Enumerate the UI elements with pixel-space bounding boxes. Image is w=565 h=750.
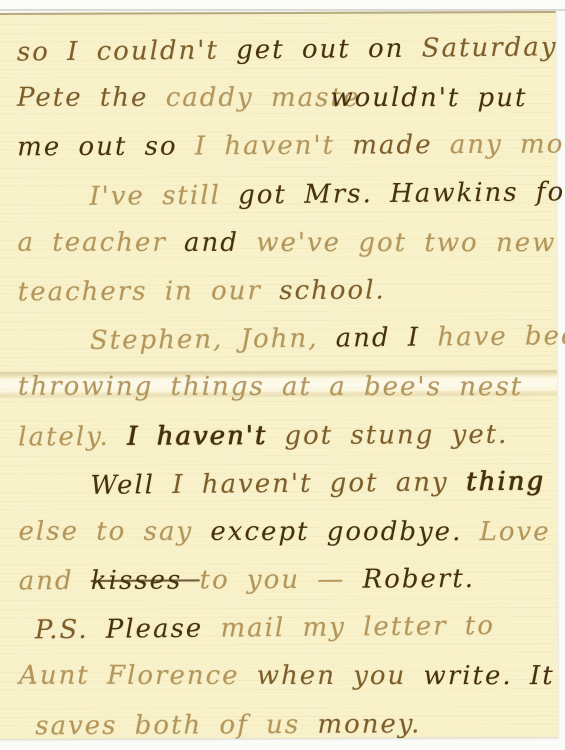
letter-text-segment: I haven't got any [172, 467, 466, 500]
scanned-letter-page: so I couldn't get out on SaturdayPete th… [0, 0, 565, 750]
letter-line: Stephen, John, and I have been [18, 313, 555, 366]
letter-text-segment: teachers in our [18, 276, 280, 307]
letter-text-segment: I've still [89, 180, 238, 211]
letter-text-segment: got Mrs. Hawkins for [238, 177, 565, 210]
letter-text-segment: I haven't [195, 131, 353, 162]
letter-text-segment: Well [90, 470, 172, 501]
letter-text-segment: throwing things at a bee's nest [18, 372, 523, 402]
letter-line: P.S. Please mail my letter to [19, 602, 556, 655]
letter-text-segment: Please [106, 614, 221, 645]
letter-text-segment: wouldn't put [330, 83, 527, 113]
letter-text-segment: I haven't [127, 420, 285, 451]
letter-text-segment: so I couldn't [17, 35, 237, 67]
letter-line: saves both of us money. [19, 699, 556, 750]
letter-line: and kisses to you — Robert. [19, 555, 556, 606]
letter-text-segment: kisses [91, 565, 200, 596]
letter-text-segment: Robert. [363, 564, 476, 595]
letter-line: so I couldn't get out on Saturday [17, 23, 554, 76]
letter-text-segment: thing [466, 466, 545, 497]
letter-line: a teacher and we've got two new [18, 218, 555, 267]
letter-line: Aunt Florence when you write. It [19, 652, 556, 701]
letter-text-segment: Pete the [17, 83, 166, 113]
letter-text-segment: got stung yet. [284, 419, 508, 450]
letter-line: throwing things at a bee's nest [18, 363, 555, 412]
letter-line: Pete the caddy mastewouldn't put [17, 74, 554, 123]
letter-text-segment: have been [437, 321, 565, 353]
letter-text-segment: Saturday [422, 32, 558, 63]
letter-text-segment: when you [257, 661, 424, 691]
letter-text-segment: and I [336, 323, 438, 354]
letter-text-segment: Stephen, John, [90, 324, 336, 356]
letter-text-segment: and [184, 228, 256, 258]
letter-text-segment: Love [480, 517, 551, 547]
letter-line: teachers in our school. [18, 265, 555, 316]
letter-text-segment: mail my letter to [220, 611, 495, 644]
letter-text-segment: any money [450, 130, 565, 161]
letter-line: lately. I haven't got stung yet. [18, 410, 555, 461]
letter-text-segment: money. [317, 709, 421, 740]
letter-line: me out so I haven't made any money [17, 121, 554, 172]
letter-line: Well I haven't got any thing [18, 457, 555, 510]
letter-text-segment: made [352, 130, 450, 161]
letter-text-segment: get out on [236, 34, 422, 66]
letter-line: else to say except goodbye. Love [19, 508, 556, 557]
letter-text-segment: school. [279, 275, 386, 306]
letter-text-segment: except goodbye. [210, 517, 479, 547]
letter-text-segment: a teacher [18, 227, 185, 257]
letter-text-segment: we've got two new [256, 228, 556, 258]
letter-paper: so I couldn't get out on SaturdayPete th… [0, 11, 558, 739]
letter-body: so I couldn't get out on SaturdayPete th… [17, 25, 556, 739]
letter-text-segment: else to say [19, 517, 211, 547]
letter-text-segment: P.S. [35, 615, 106, 646]
letter-text-segment: me out so [17, 132, 195, 163]
letter-text-segment: Aunt Florence [19, 661, 257, 691]
letter-line: I've still got Mrs. Hawkins for [17, 168, 554, 221]
letter-text-segment: write. It [424, 662, 555, 692]
letter-text-segment: to you — [200, 565, 363, 596]
letter-text-segment: saves both of us [35, 709, 317, 740]
letter-text-segment: lately. [18, 421, 127, 452]
letter-text-segment: and [19, 566, 91, 596]
